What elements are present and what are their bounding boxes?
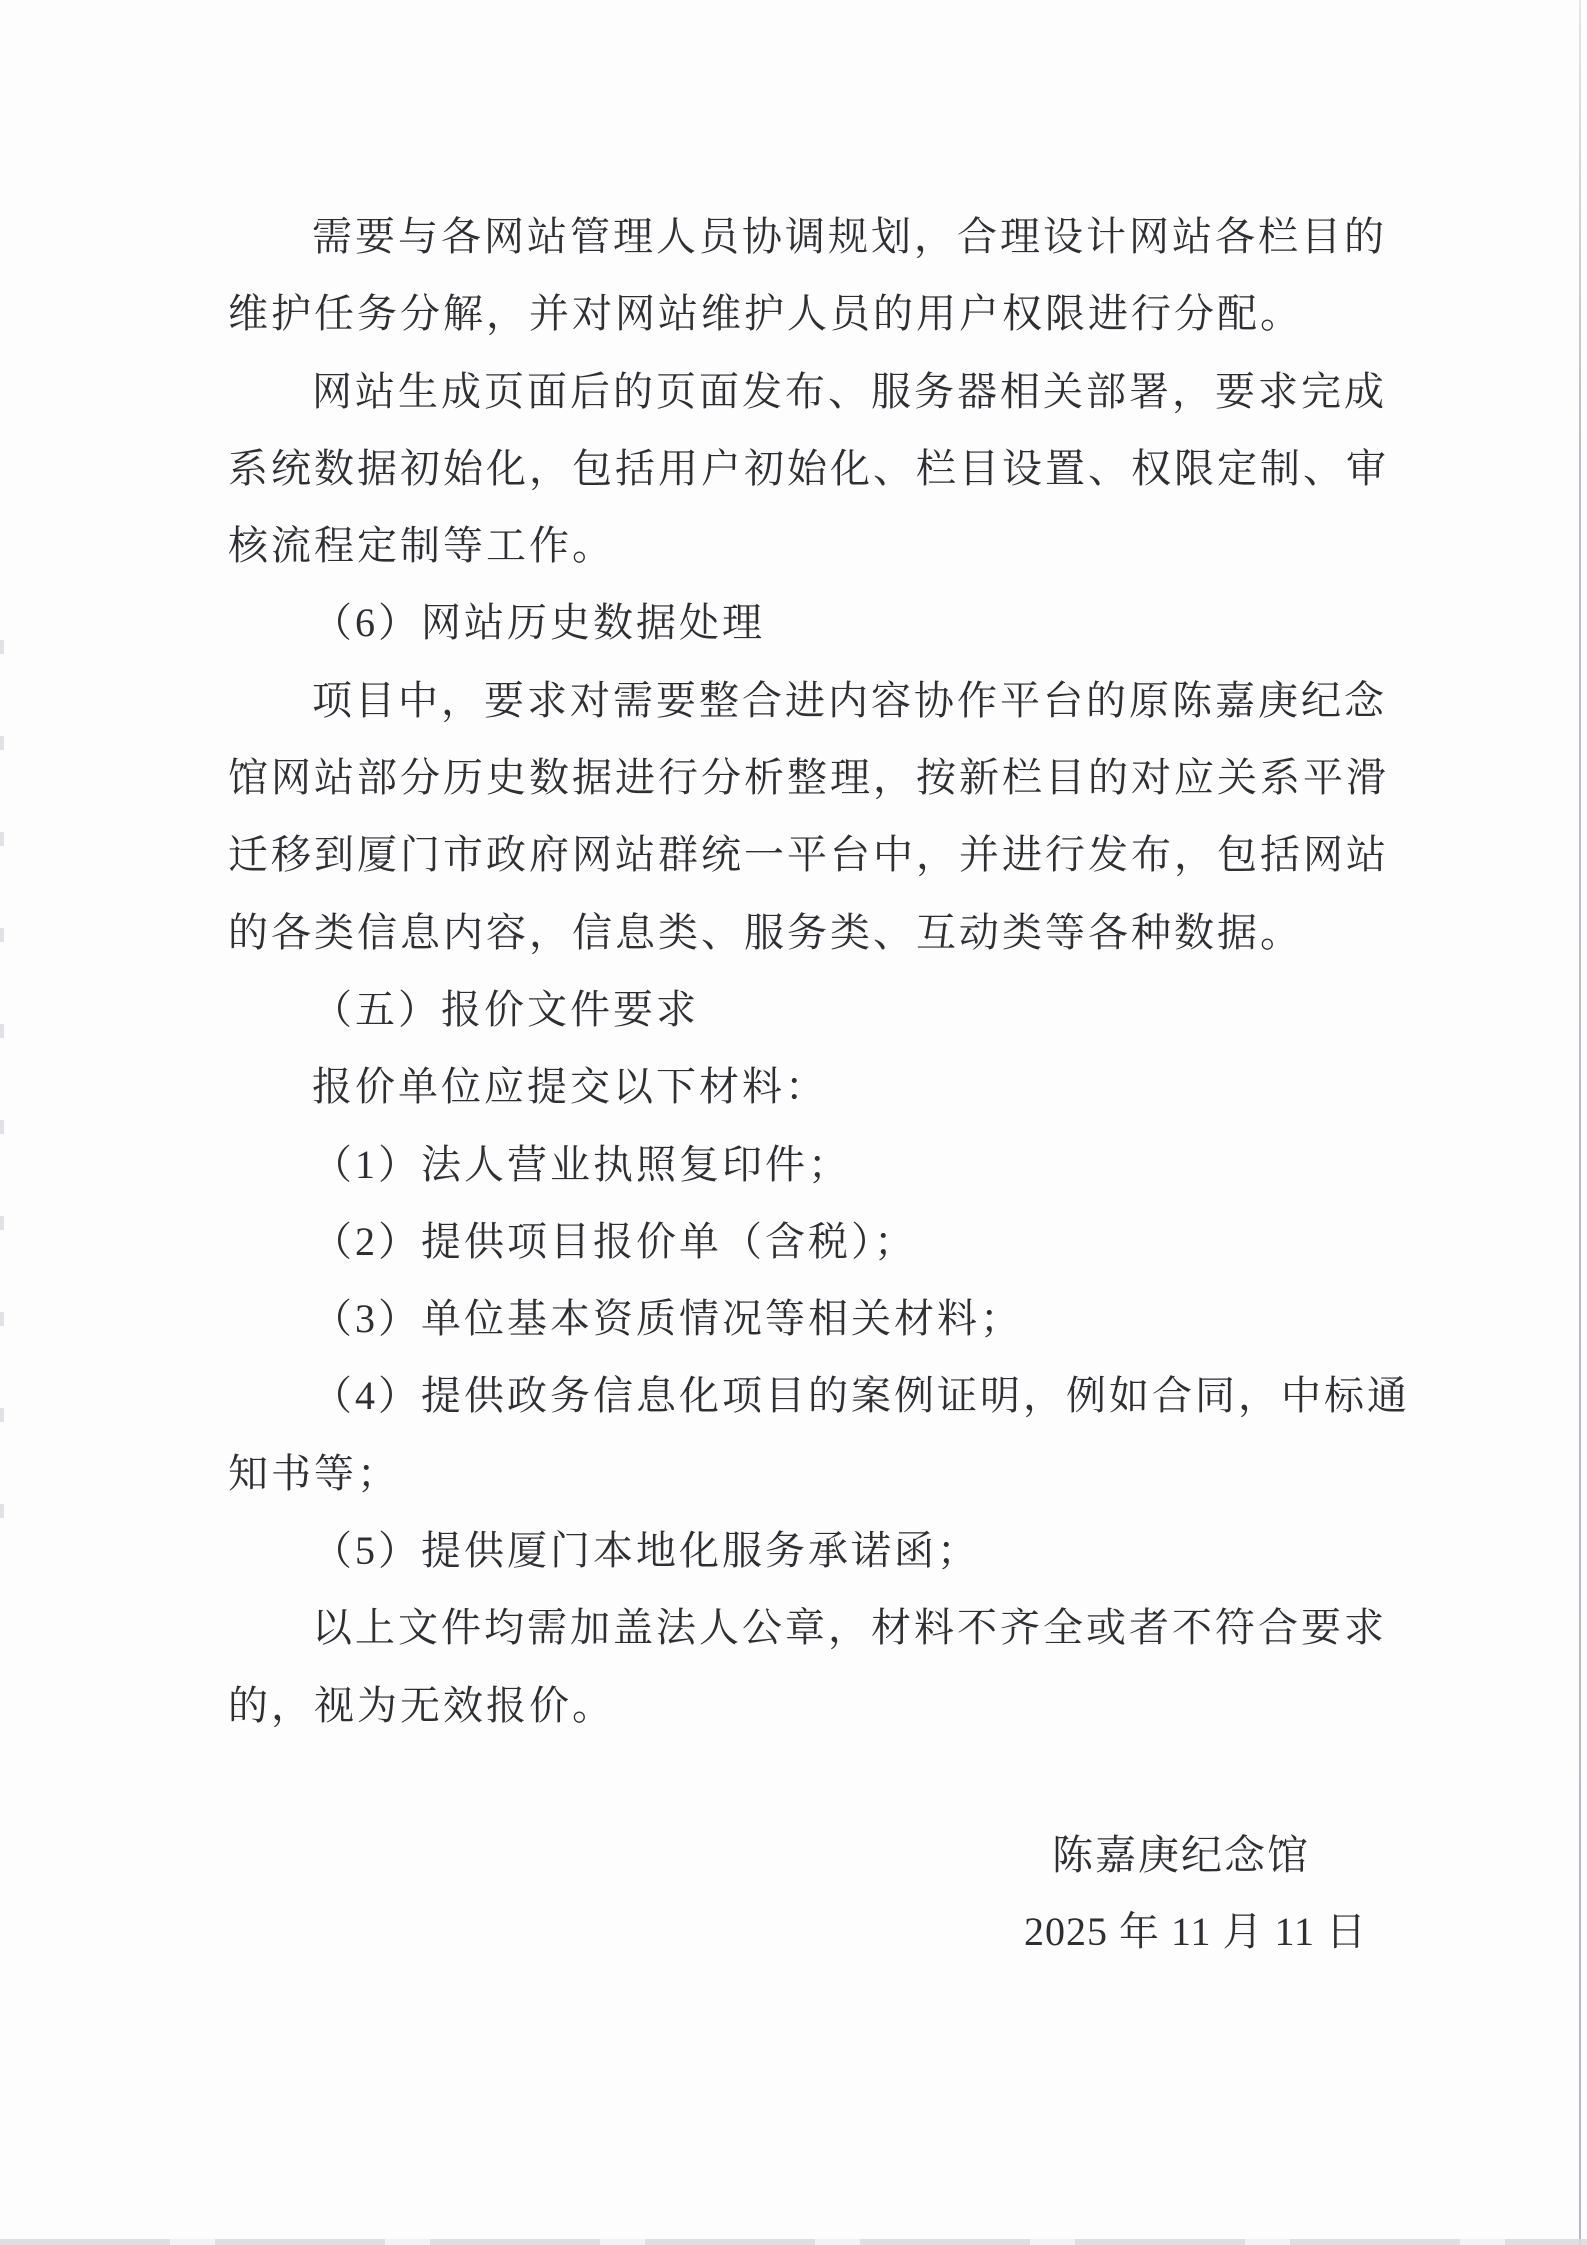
scan-artifact-bottom	[0, 2239, 1587, 2245]
text-line: 知书等；	[228, 1435, 1408, 1512]
text-line: 以上文件均需加盖法人公章，材料不齐全或者不符合要求	[228, 1589, 1408, 1666]
text-line: 的，视为无效报价。	[228, 1667, 1408, 1744]
text-line: 需要与各网站管理人员协调规划，合理设计网站各栏目的	[228, 198, 1408, 275]
text-line: 维护任务分解，并对网站维护人员的用户权限进行分配。	[228, 275, 1408, 352]
signature-org: 陈嘉庚纪念馆	[1052, 1816, 1310, 1894]
text-line: 迁移到厦门市政府网站群统一平台中，并进行发布，包括网站	[228, 816, 1408, 893]
text-line: （4）提供政务信息化项目的案例证明，例如合同，中标通	[228, 1357, 1408, 1434]
text-line: 报价单位应提交以下材料：	[228, 1048, 1408, 1125]
scan-speckles-left	[0, 640, 4, 1600]
signature-date: 2025 年 11 月 11 日	[1024, 1893, 1367, 1971]
text-line: （5）提供厦门本地化服务承诺函；	[228, 1512, 1408, 1589]
text-line: （2）提供项目报价单（含税）；	[228, 1203, 1408, 1280]
text-line: 网站生成页面后的页面发布、服务器相关部署，要求完成	[228, 353, 1408, 430]
text-line: （五）报价文件要求	[228, 971, 1408, 1048]
text-line: 馆网站部分历史数据进行分析整理，按新栏目的对应关系平滑	[228, 739, 1408, 816]
text-line: 的各类信息内容，信息类、服务类、互动类等各种数据。	[228, 894, 1408, 971]
document-page: 需要与各网站管理人员协调规划，合理设计网站各栏目的维护任务分解，并对网站维护人员…	[0, 0, 1587, 2245]
document-body: 需要与各网站管理人员协调规划，合理设计网站各栏目的维护任务分解，并对网站维护人员…	[228, 198, 1408, 1744]
text-line: 系统数据初始化，包括用户初始化、栏目设置、权限定制、审	[228, 430, 1408, 507]
page-edge-shadow-right	[1579, 0, 1581, 2245]
text-line: （3）单位基本资质情况等相关材料；	[228, 1280, 1408, 1357]
text-line: 核流程定制等工作。	[228, 507, 1408, 584]
text-line: 项目中，要求对需要整合进内容协作平台的原陈嘉庚纪念	[228, 662, 1408, 739]
text-line: （6）网站历史数据处理	[228, 584, 1408, 661]
text-line: （1）法人营业执照复印件；	[228, 1126, 1408, 1203]
